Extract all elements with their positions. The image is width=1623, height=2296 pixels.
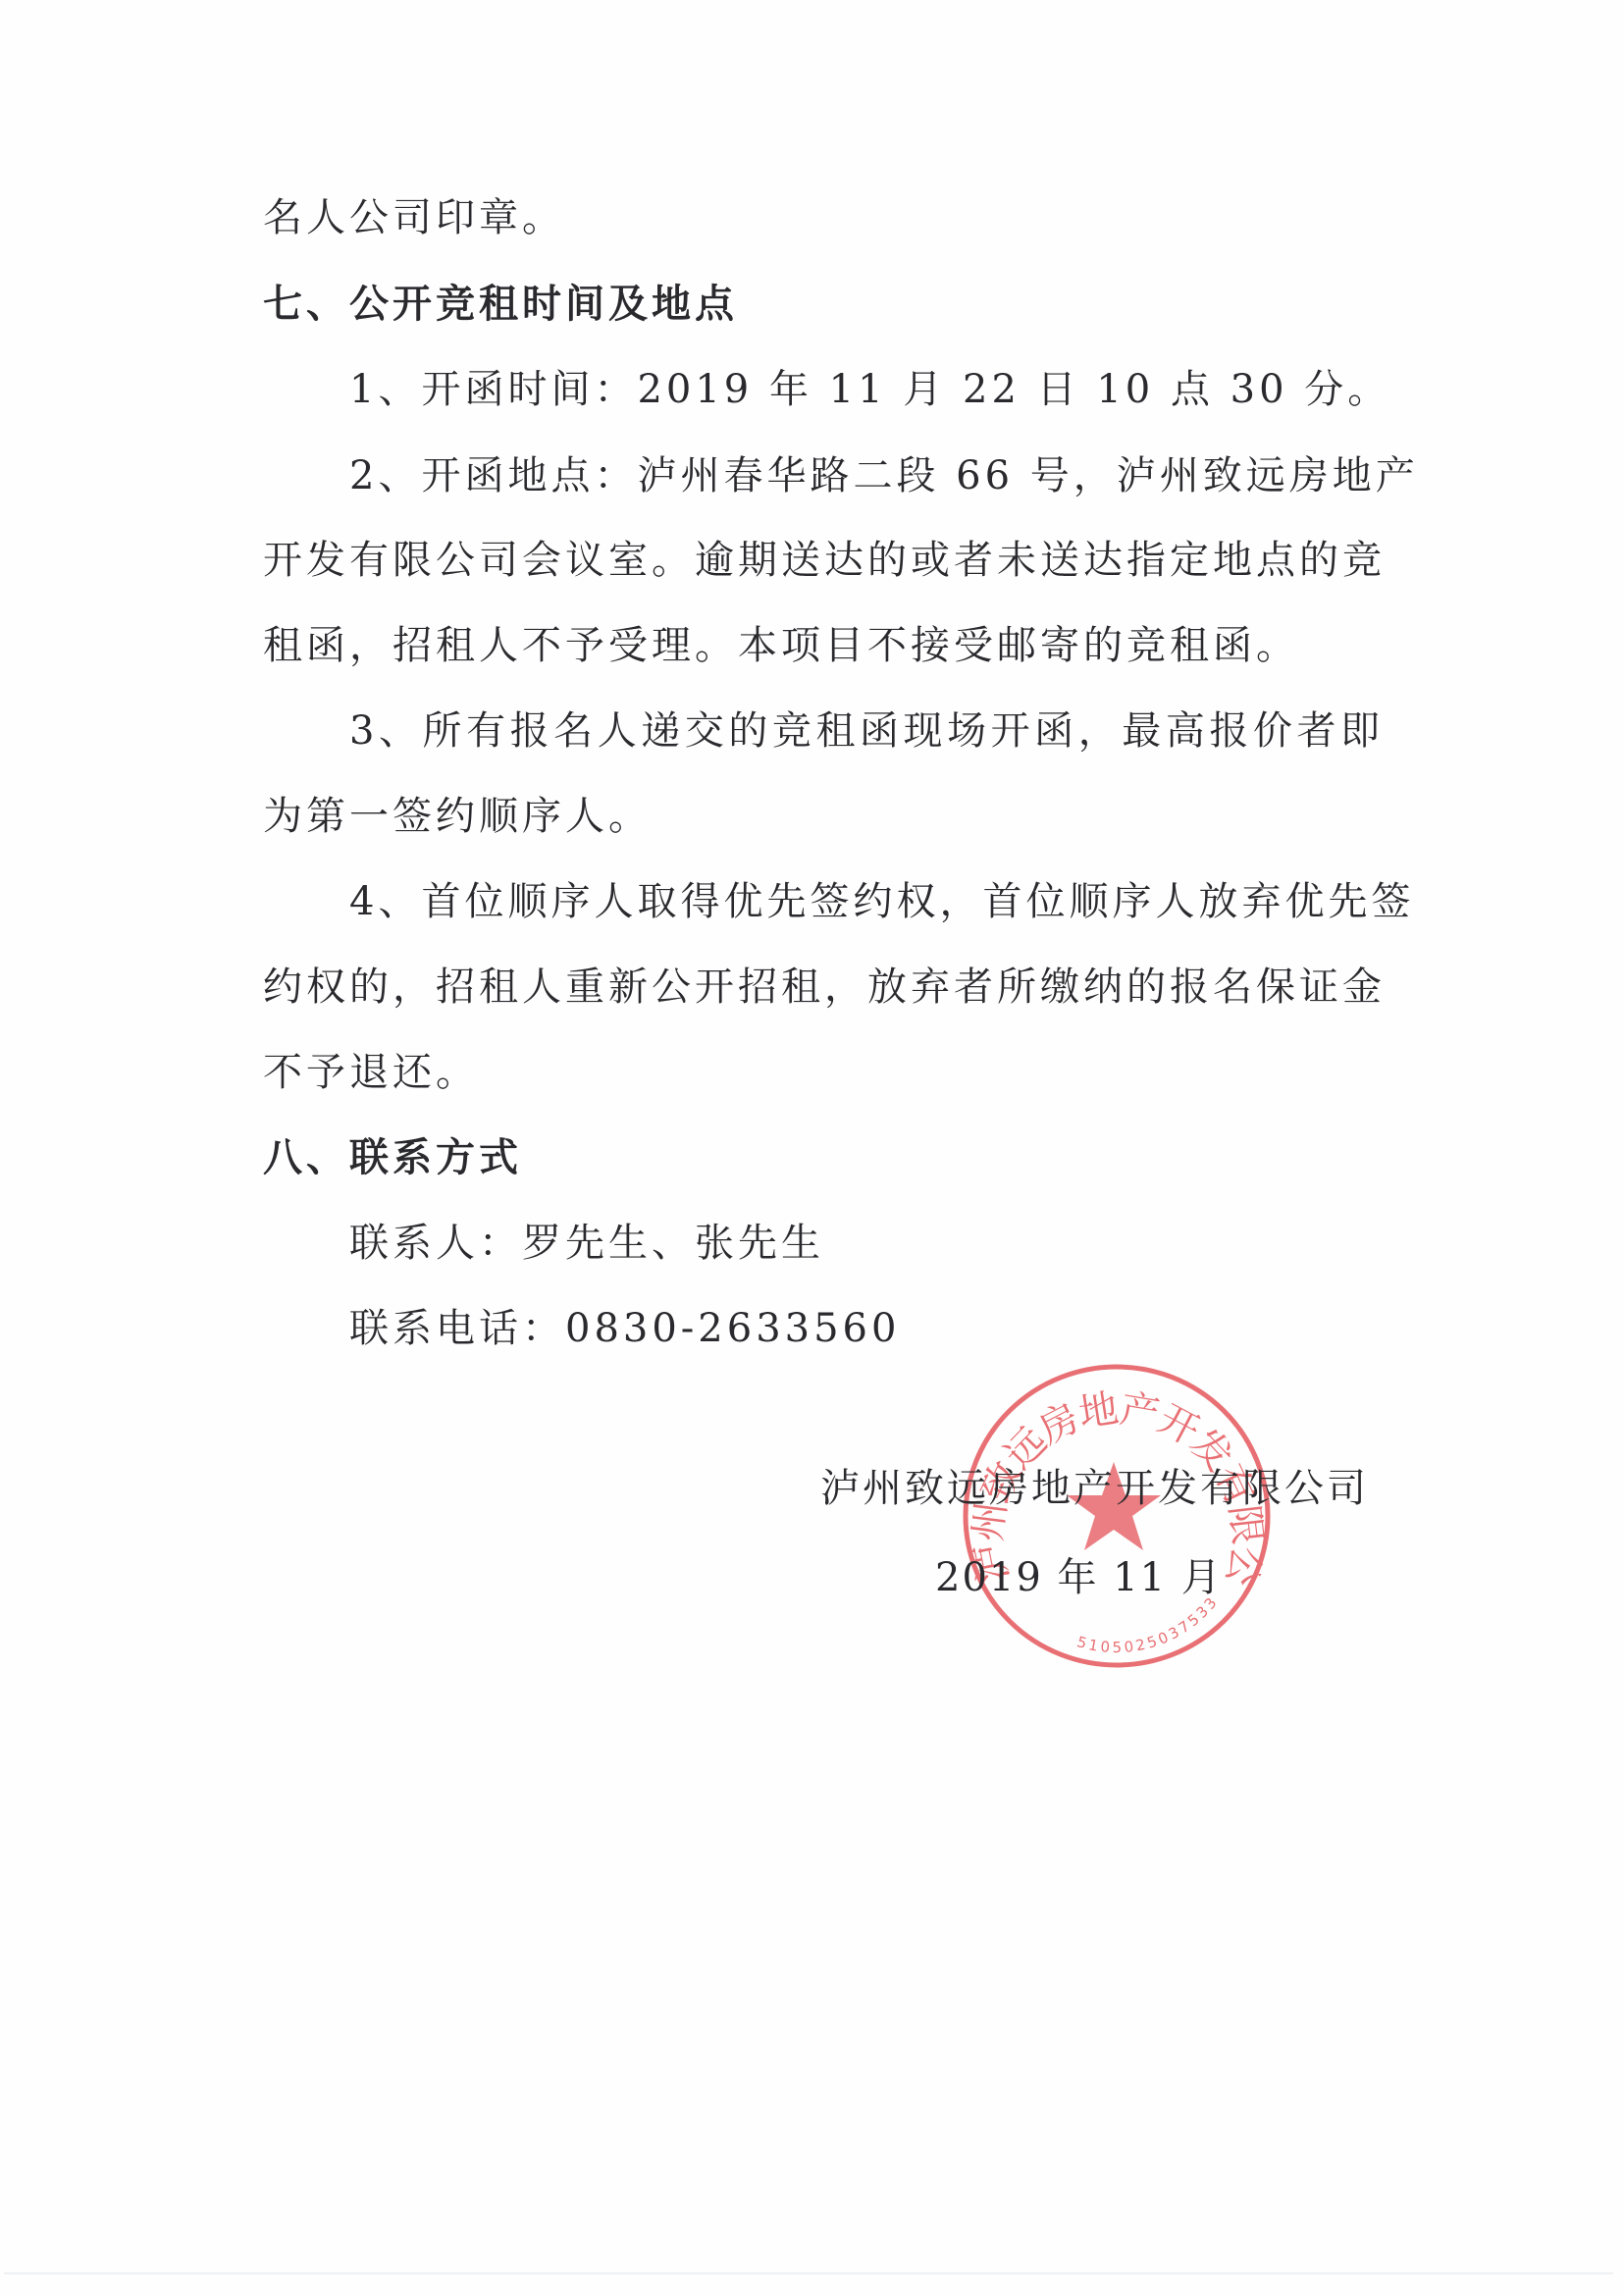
section-7-item-2-line-1: 2、开函地点：泸州春华路二段 66 号，泸州致远房地产 bbox=[349, 446, 1384, 505]
section-7-item-4-line-2: 约权的，招租人重新公开招租，放弃者所缴纳的报名保证金 bbox=[263, 958, 1384, 1017]
section-7-item-4-line-1: 4、首位顺序人取得优先签约权，首位顺序人放弃优先签 bbox=[349, 872, 1384, 931]
section-7-item-2-line-3: 租函，招租人不予受理。本项目不接受邮寄的竞租函。 bbox=[263, 616, 1299, 675]
section-7-item-2-line-2: 开发有限公司会议室。逾期送达的或者未送达指定地点的竞 bbox=[263, 531, 1384, 590]
section-7-item-1: 1、开函时间：2019 年 11 月 22 日 10 点 30 分。 bbox=[349, 360, 1390, 419]
scan-edge-line bbox=[4, 2272, 1613, 2274]
section-8-heading: 八、联系方式 bbox=[263, 1128, 522, 1187]
contact-person: 联系人：罗先生、张先生 bbox=[349, 1214, 824, 1273]
document-page: 名人公司印章。 七、公开竞租时间及地点 1、开函时间：2019 年 11 月 2… bbox=[0, 0, 1623, 2296]
section-7-item-4-line-3: 不予退还。 bbox=[263, 1043, 479, 1102]
contact-phone: 联系电话：0830-2633560 bbox=[349, 1299, 900, 1358]
signature-date: 2019 年 11 月 bbox=[935, 1548, 1223, 1607]
section-7-item-3-line-1: 3、所有报名人递交的竞租函现场开函，最高报价者即 bbox=[349, 702, 1384, 760]
section-7-heading: 七、公开竞租时间及地点 bbox=[263, 275, 738, 334]
signature-company: 泸州致远房地产开发有限公司 bbox=[820, 1459, 1369, 1518]
section-7-item-3-line-2: 为第一签约顺序人。 bbox=[263, 787, 652, 846]
continued-text: 名人公司印章。 bbox=[263, 188, 565, 247]
